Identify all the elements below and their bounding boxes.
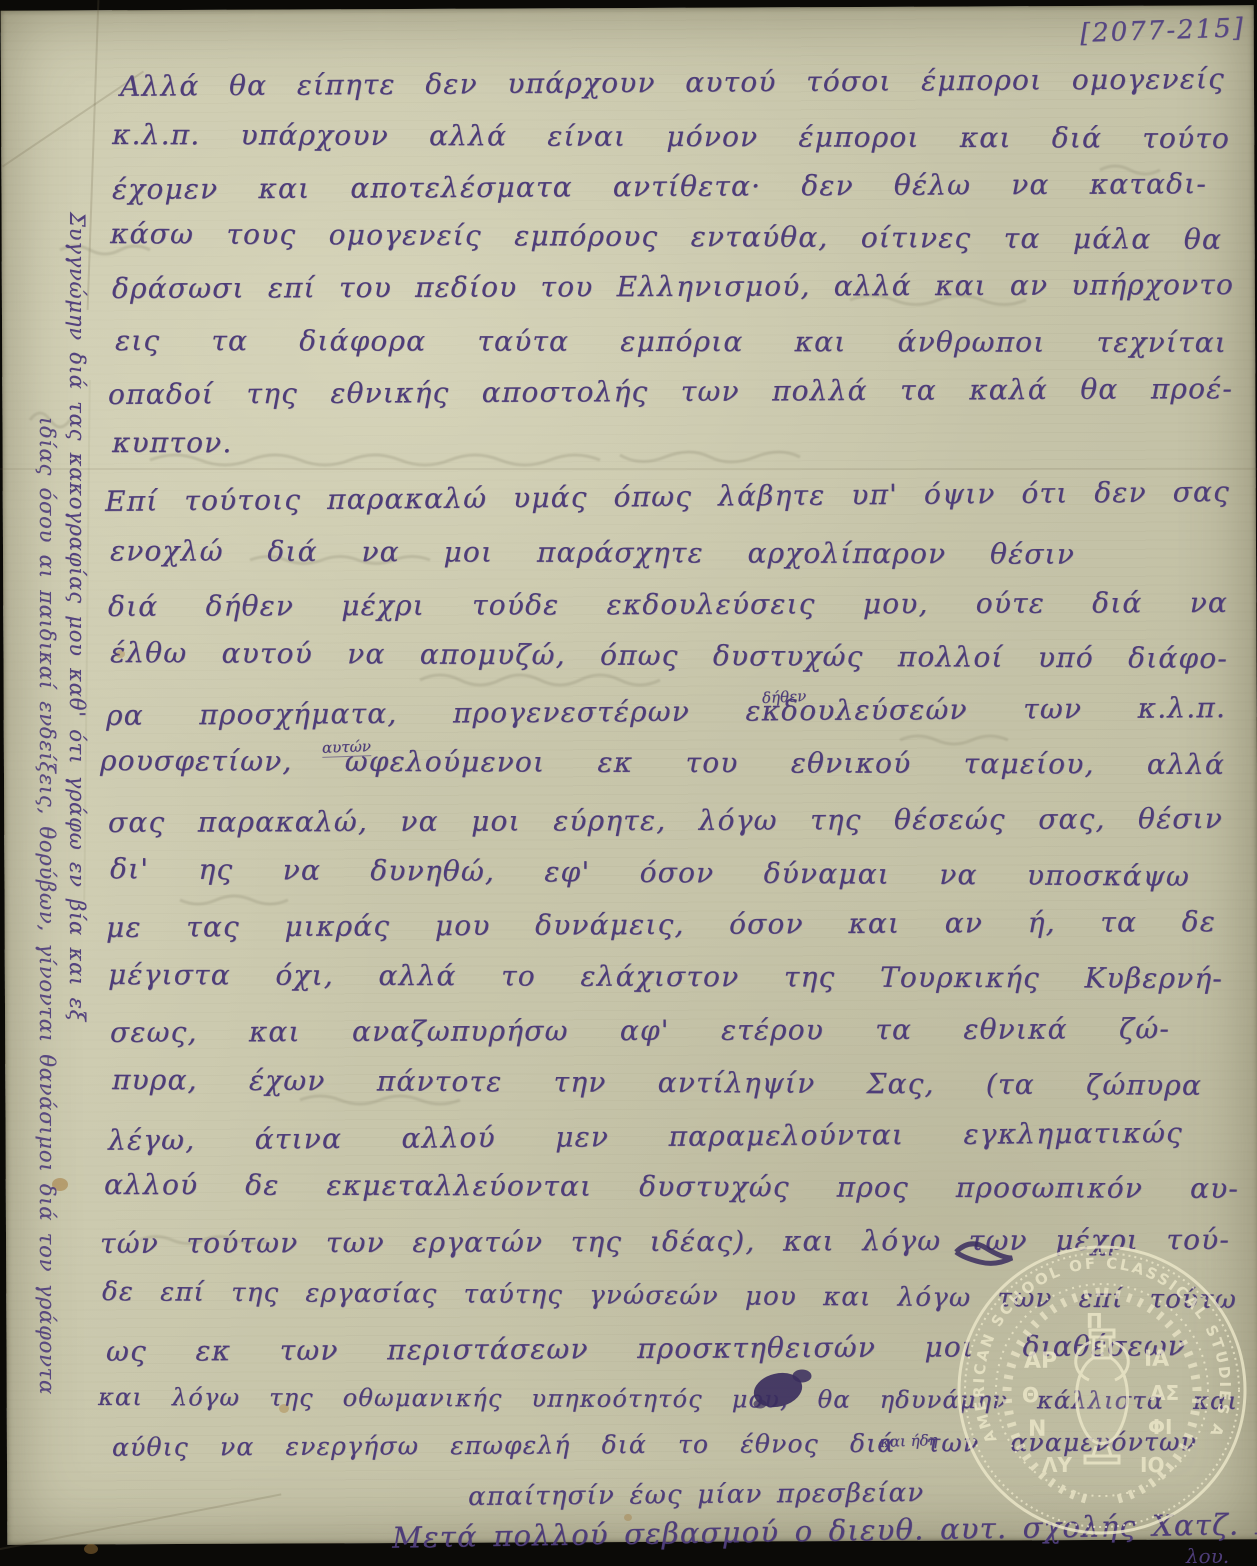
letter-line: εις τα διάφορα ταύτα εμπόρια και άνθρωπο… bbox=[115, 326, 1227, 358]
letter-line: αλλού δε εκμεταλλεύονται δυστυχώς προς π… bbox=[104, 1170, 1239, 1204]
scanned-letter-page: [2077-215] Αλλά θα είπητε δεν υπάρχουν α… bbox=[0, 0, 1257, 1566]
signature-suffix: λου. bbox=[1186, 1544, 1229, 1566]
margin-note-rotated: Συγγνώμην διά τας κακογραφίας μου καθ' ό… bbox=[32, 212, 92, 1562]
letter-line: Αλλά θα είπητε δεν υπάρχουν αυτού τόσοι … bbox=[120, 64, 1225, 102]
letter-line: κυπτον. bbox=[112, 428, 232, 458]
letter-closing-line: απαίτησίν έως μίαν πρεσβείαν bbox=[468, 1478, 925, 1512]
letter-line: έλθω αυτού να απομυζώ, όπως δυστυχώς πολ… bbox=[110, 638, 1228, 674]
letter-line: κάσω τους ομογενείς εμπόρους ενταύθα, οί… bbox=[110, 219, 1222, 255]
letter-line: δράσωσι επί του πεδίου του Ελληνισμού, α… bbox=[112, 270, 1234, 304]
letter-line: λέγω, άτινα αλλού μεν παραμελούνται εγκλ… bbox=[108, 1118, 1183, 1156]
margin-note-line: Συγγνώμην διά τας κακογραφίας μου καθ' ό… bbox=[62, 212, 92, 1562]
letter-line: οπαδοί της εθνικής αποστολής των πολλά τ… bbox=[108, 374, 1233, 410]
letter-line: πυρα, έχων πάντοτε την αντίληψίν Σας, (τ… bbox=[112, 1065, 1202, 1101]
letter-line: σεως, και αναζωπυρήσω αφ' ετέρου τα εθνι… bbox=[110, 1014, 1170, 1048]
letter-line: ενοχλώ διά να μοι παράσχητε αρχολίπαρον … bbox=[110, 536, 1075, 569]
interlinear-note: και ήδη bbox=[880, 1431, 938, 1451]
letter-line: έχομεν και αποτελέσματα αντίθετα· δεν θέ… bbox=[112, 169, 1207, 205]
letter-line: σας παρακαλώ, να μοι εύρητε, λόγω της θέ… bbox=[108, 804, 1223, 838]
letter-line: κ.λ.π. υπάρχουν αλλά είναι μόνον έμποροι… bbox=[112, 120, 1230, 154]
letter-line: ρουσφετίων, ωφελούμενοι εκ του εθνικού τ… bbox=[100, 746, 1225, 780]
letter-line: αύθις να ενεργήσω επωφελή διά το έθνος δ… bbox=[112, 1427, 1197, 1463]
archival-reference-number: [2077-215] bbox=[1080, 13, 1246, 49]
margin-note-line: ιδίας όσου αι παιδικαί ενδείξεις, θορύβω… bbox=[32, 212, 62, 1562]
letter-line: ρα προσχήματα, προγενεστέρων εκδουλεύσεώ… bbox=[106, 693, 1226, 731]
letter-line: μέγιστα όχι, αλλά το ελάχιστον της Τουρκ… bbox=[108, 960, 1223, 994]
letter-line: δι' ης να δυνηθώ, εφ' όσον δύναμαι να υπ… bbox=[110, 854, 1190, 892]
letter-line: και λόγω της οθωμανικής υπηκοότητός μου,… bbox=[98, 1382, 1238, 1416]
interlinear-note: δήθεν bbox=[762, 687, 807, 707]
letter-line: με τας μικράς μου δυνάμεις, όσον και αν … bbox=[106, 907, 1216, 943]
letter-line: τών τούτων των εργατών της ιδέας), και λ… bbox=[100, 1225, 1230, 1259]
letter-line: ως εκ των περιστάσεων προσκτηθεισών μοι … bbox=[106, 1331, 1186, 1367]
interlinear-note: αυτών bbox=[322, 737, 372, 758]
letter-line: διά δήθεν μέχρι τούδε εκδουλεύσεις μου, … bbox=[108, 588, 1228, 622]
